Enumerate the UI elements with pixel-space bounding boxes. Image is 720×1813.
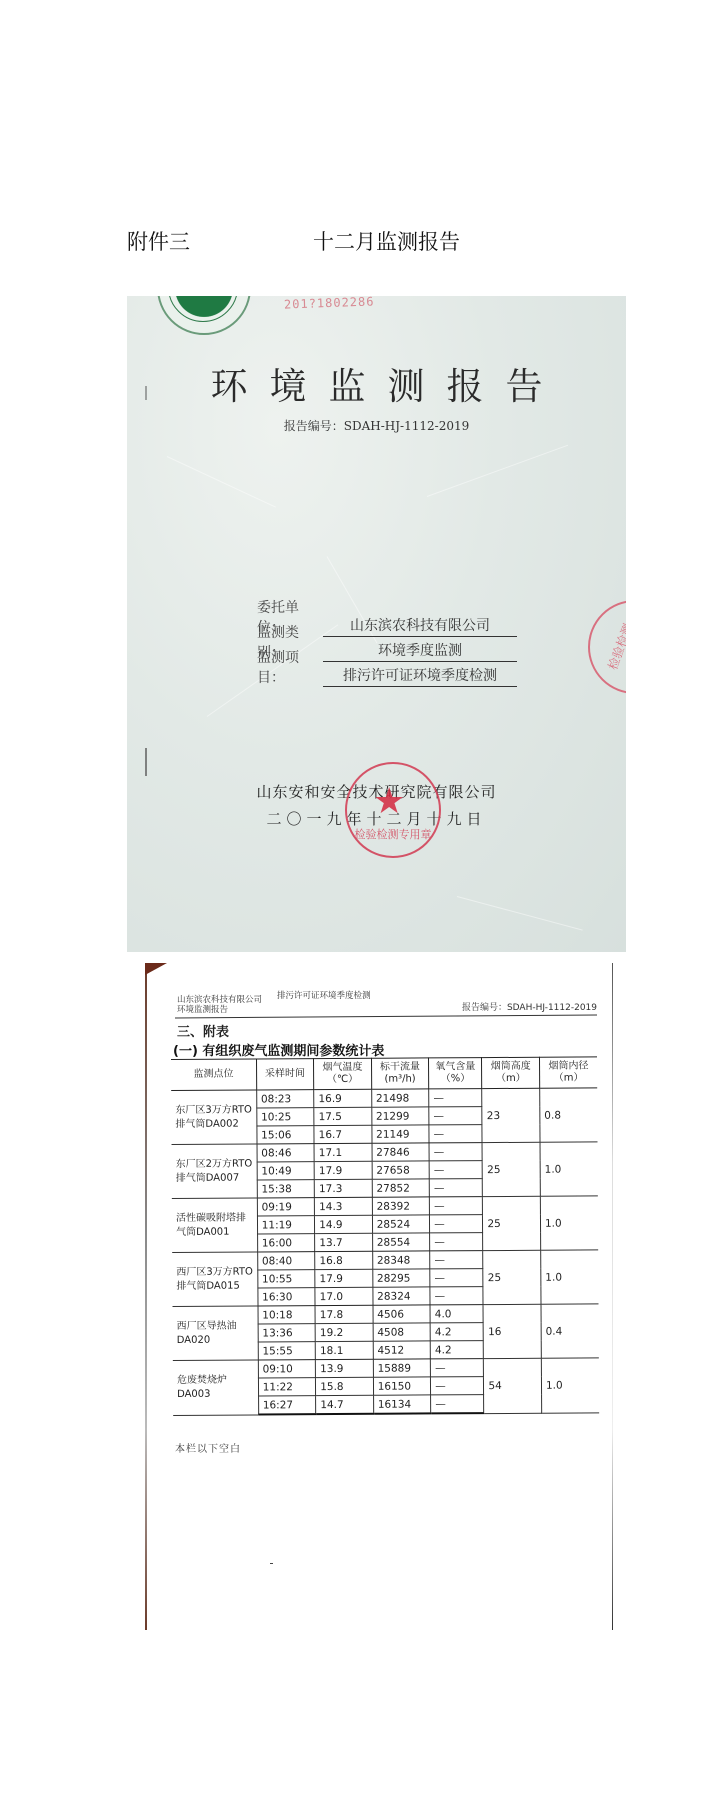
flue-temp: 14.3 [315, 1197, 373, 1215]
oxygen-content: 4.2 [430, 1341, 483, 1359]
stack-diameter: 0.4 [541, 1304, 599, 1358]
field-value: 山东滨农科技有限公司 [323, 615, 517, 637]
oxygen-content: — [430, 1197, 483, 1215]
sampling-time: 08:46 [257, 1144, 315, 1162]
std-dry-flow: 28392 [372, 1197, 430, 1215]
std-dry-flow: 4512 [373, 1341, 431, 1359]
stack-height: 23 [482, 1088, 540, 1142]
column-header: 烟气温度（℃） [314, 1058, 372, 1089]
column-header: 采样时间 [256, 1059, 314, 1090]
oxygen-content: — [429, 1179, 482, 1197]
column-header: 烟筒高度（m） [482, 1057, 540, 1088]
table-row: 西厂区导热油DA02010:1817.845064.0160.4 [173, 1304, 599, 1325]
stack-diameter: 1.0 [541, 1358, 599, 1413]
stack-diameter: 1.0 [540, 1142, 598, 1196]
sampling-time: 10:55 [257, 1270, 315, 1288]
oxygen-content: — [429, 1161, 482, 1179]
attachment-label: 附件三 [127, 226, 190, 256]
std-dry-flow: 28324 [373, 1287, 431, 1305]
cover-fields: 委托单位： 山东滨农科技有限公司 监测类别： 环境季度监测 监测项目： 排污许可… [257, 612, 517, 687]
section-title: 三、附表 [177, 1021, 229, 1040]
scratch-mark [145, 386, 147, 400]
stack-diameter: 1.0 [540, 1196, 598, 1250]
std-dry-flow: 27846 [372, 1143, 430, 1161]
star-icon: ★ [373, 784, 405, 820]
sampling-time: 13:36 [258, 1324, 316, 1342]
flue-temp: 14.7 [316, 1395, 374, 1414]
speck [270, 1563, 273, 1564]
monitoring-point: 东厂区2万方RTO排气筒DA007 [172, 1144, 258, 1199]
table-row: 危废焚烧炉DA00309:1013.915889—541.0 [173, 1358, 599, 1379]
stack-height: 25 [483, 1196, 541, 1250]
monitoring-point: 西厂区导热油DA020 [173, 1306, 259, 1361]
stack-height: 25 [483, 1250, 541, 1304]
flue-temp: 14.9 [315, 1215, 373, 1233]
table-row: 西厂区3万方RTO排气筒DA01508:4016.828348—251.0 [172, 1250, 598, 1271]
seal-text: 检验检测专用章 [347, 826, 439, 842]
certificate-serial: 201?1802286 [284, 296, 375, 312]
sampling-time: 09:19 [257, 1198, 315, 1216]
cover-report-number: 报告编号：SDAH-HJ-1112-2019 [127, 417, 626, 434]
table-row: 活性碳吸附塔排气筒DA00109:1914.328392—251.0 [172, 1196, 598, 1217]
std-dry-flow: 21149 [372, 1125, 430, 1143]
table-header-row: 监测点位 采样时间 烟气温度（℃） 标干流量(m³/h) 氧气含量（%） 烟筒高… [171, 1057, 597, 1091]
std-dry-flow: 16134 [373, 1395, 431, 1414]
sampling-time: 15:06 [257, 1126, 315, 1144]
stack-height: 54 [484, 1358, 542, 1413]
report-title: 十二月监测报告 [313, 226, 460, 256]
column-header: 标干流量(m³/h) [371, 1058, 429, 1089]
flue-temp: 16.7 [314, 1125, 372, 1143]
blank-below-note: 本栏以下空白 [175, 1440, 241, 1455]
flue-temp: 17.3 [314, 1179, 372, 1197]
stack-height: 16 [483, 1304, 541, 1358]
page-corner [145, 963, 167, 975]
sampling-time: 11:22 [258, 1378, 316, 1396]
sampling-time: 16:30 [258, 1288, 316, 1306]
flue-temp: 17.0 [315, 1287, 373, 1305]
flue-temp: 17.1 [314, 1143, 372, 1161]
sampling-time: 16:00 [257, 1234, 315, 1252]
table-row: 东厂区3万方RTO排气筒DA00208:2316.921498—230.8 [171, 1088, 597, 1109]
std-dry-flow: 21299 [371, 1107, 429, 1125]
std-dry-flow: 27658 [372, 1161, 430, 1179]
oxygen-content: — [430, 1287, 483, 1305]
flue-temp: 16.9 [314, 1089, 372, 1107]
table-row: 东厂区2万方RTO排气筒DA00708:4617.127846—251.0 [172, 1142, 598, 1163]
std-dry-flow: 28295 [372, 1269, 430, 1287]
sampling-time: 09:10 [258, 1360, 316, 1378]
sampling-time: 16:27 [258, 1396, 316, 1415]
running-head-type: 环境监测报告 [177, 1003, 228, 1015]
column-header: 氧气含量（%） [429, 1058, 482, 1089]
parameter-table: 监测点位 采样时间 烟气温度（℃） 标干流量(m³/h) 氧气含量（%） 烟筒高… [171, 1056, 599, 1416]
running-head-project: 排污许可证环境季度检测 [277, 989, 371, 1001]
page-edge-right [612, 963, 614, 1630]
item-field: 监测项目： 排污许可证环境季度检测 [257, 662, 517, 687]
oxygen-content: — [429, 1089, 482, 1107]
oxygen-content: — [430, 1251, 483, 1269]
sampling-time: 10:18 [258, 1306, 316, 1324]
sampling-time: 08:40 [257, 1252, 315, 1270]
oxygen-content: — [431, 1395, 484, 1414]
monitoring-point: 东厂区3万方RTO排气筒DA002 [171, 1090, 257, 1145]
field-value: 环境季度监测 [323, 640, 517, 662]
cover-page-photo: 201?1802286 环境监测报告 报告编号：SDAH-HJ-1112-201… [127, 296, 626, 952]
scratch-mark [145, 748, 147, 776]
oxygen-content: — [430, 1269, 483, 1287]
monitoring-point: 危废焚烧炉DA003 [173, 1360, 259, 1415]
std-dry-flow: 27852 [372, 1179, 430, 1197]
flue-temp: 18.1 [315, 1341, 373, 1359]
std-dry-flow: 21498 [371, 1089, 429, 1107]
page-edge-left [145, 963, 147, 1630]
oxygen-content: — [431, 1377, 484, 1395]
partial-seal-right: 检验检测 [588, 600, 626, 694]
std-dry-flow: 4506 [373, 1305, 431, 1323]
flue-temp: 17.9 [315, 1269, 373, 1287]
std-dry-flow: 28524 [372, 1215, 430, 1233]
sampling-time: 10:25 [256, 1108, 314, 1126]
stack-diameter: 0.8 [540, 1088, 598, 1142]
std-dry-flow: 28554 [372, 1233, 430, 1251]
flue-temp: 17.9 [314, 1161, 372, 1179]
sampling-time: 10:49 [257, 1162, 315, 1180]
oxygen-content: 4.2 [430, 1323, 483, 1341]
stack-diameter: 1.0 [541, 1250, 599, 1304]
flue-temp: 17.8 [315, 1305, 373, 1323]
appendix-page-photo: 山东滨农科技有限公司 排污许可证环境季度检测 环境监测报告 报告编号：SDAH-… [145, 963, 615, 1630]
oxygen-content: — [431, 1359, 484, 1377]
flue-temp: 16.8 [315, 1251, 373, 1269]
running-head-report-number: 报告编号：SDAH-HJ-1112-2019 [462, 1000, 597, 1013]
std-dry-flow: 28348 [372, 1251, 430, 1269]
oxygen-content: — [429, 1125, 482, 1143]
std-dry-flow: 15889 [373, 1359, 431, 1377]
sampling-time: 11:19 [257, 1216, 315, 1234]
field-label: 监测项目： [257, 647, 323, 687]
official-seal: ★ 检验检测专用章 [345, 762, 441, 858]
column-header: 监测点位 [171, 1059, 256, 1091]
stack-height: 25 [482, 1142, 540, 1196]
flue-temp: 19.2 [315, 1323, 373, 1341]
std-dry-flow: 4508 [373, 1323, 431, 1341]
field-value: 排污许可证环境季度检测 [323, 665, 517, 687]
oxygen-content: 4.0 [430, 1305, 483, 1323]
oxygen-content: — [430, 1215, 483, 1233]
monitoring-point: 活性碳吸附塔排气筒DA001 [172, 1198, 258, 1253]
oxygen-content: — [430, 1233, 483, 1251]
monitoring-point: 西厂区3万方RTO排气筒DA015 [172, 1252, 258, 1307]
cover-title: 环境监测报告 [127, 356, 626, 410]
sampling-time: 08:23 [256, 1090, 314, 1108]
header-rule [175, 1015, 597, 1019]
std-dry-flow: 16150 [373, 1377, 431, 1395]
oxygen-content: — [429, 1107, 482, 1125]
table-title: (一) 有组织废气监测期间参数统计表 [173, 1040, 384, 1059]
oxygen-content: — [429, 1143, 482, 1161]
sampling-time: 15:55 [258, 1342, 316, 1360]
flue-temp: 15.8 [316, 1377, 374, 1395]
column-header: 烟筒内径（m） [539, 1057, 597, 1088]
flue-temp: 13.7 [315, 1233, 373, 1251]
sampling-time: 15:38 [257, 1180, 315, 1198]
flue-temp: 13.9 [316, 1359, 374, 1377]
flue-temp: 17.5 [314, 1107, 372, 1125]
